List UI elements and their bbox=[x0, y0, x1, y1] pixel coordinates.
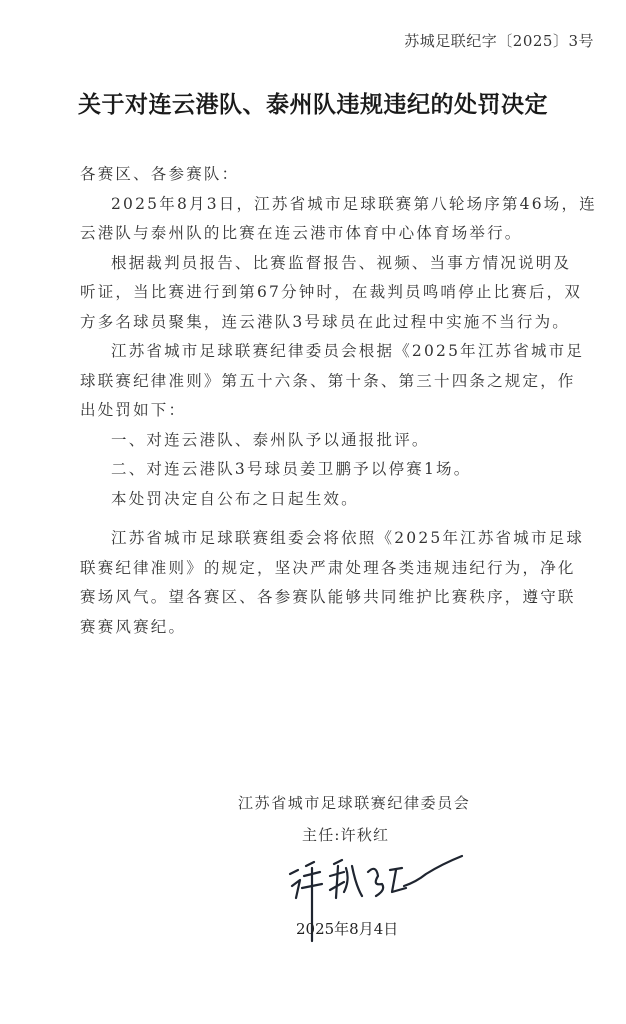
paragraph-line: 联赛纪律准则》的规定，坚决严肃处理各类违规违纪行为，净化 bbox=[80, 554, 550, 584]
paragraph-line: 二、对连云港队3号球员姜卫鹏予以停赛1场。 bbox=[80, 455, 550, 485]
paragraph-line: 球联赛纪律准则》第五十六条、第十条、第三十四条之规定，作 bbox=[80, 367, 550, 397]
doc-number: 苏城足联纪字〔2025〕3号 bbox=[404, 30, 594, 51]
paragraph-line: 2025年8月3日，江苏省城市足球联赛第八轮场序第46场，连 bbox=[80, 190, 550, 220]
signature-committee: 江苏省城市足球联赛纪律委员会 bbox=[238, 792, 470, 813]
document-body: 各赛区、各参赛队：2025年8月3日，江苏省城市足球联赛第八轮场序第46场，连云… bbox=[80, 160, 550, 642]
paragraph-line: 赛场风气。望各赛区、各参赛队能够共同维护比赛秩序，遵守联 bbox=[80, 583, 550, 613]
paragraph-line: 根据裁判员报告、比赛监督报告、视频、当事方情况说明及 bbox=[80, 249, 550, 279]
signature-date: 2025年8月4日 bbox=[296, 918, 398, 939]
paragraph-line: 云港队与泰州队的比赛在连云港市体育中心体育场举行。 bbox=[80, 219, 550, 249]
paragraph-line: 各赛区、各参赛队： bbox=[80, 160, 550, 190]
paragraph-line: 出处罚如下： bbox=[80, 396, 550, 426]
paragraph-line: 江苏省城市足球联赛纪律委员会根据《2025年江苏省城市足 bbox=[80, 337, 550, 367]
paragraph-line: 本处罚决定自公布之日起生效。 bbox=[80, 485, 550, 515]
document-title: 关于对连云港队、泰州队违规违纪的处罚决定 bbox=[0, 86, 626, 119]
paragraph-line: 一、对连云港队、泰州队予以通报批评。 bbox=[80, 426, 550, 456]
paragraph-line: 方多名球员聚集，连云港队3号球员在此过程中实施不当行为。 bbox=[80, 308, 550, 338]
paragraph-line: 赛赛风赛纪。 bbox=[80, 613, 550, 643]
paragraph-line: 江苏省城市足球联赛组委会将依照《2025年江苏省城市足球 bbox=[80, 524, 550, 554]
signature-chair: 主任:许秋红 bbox=[302, 824, 389, 845]
paragraph-line: 听证，当比赛进行到第67分钟时，在裁判员鸣哨停止比赛后，双 bbox=[80, 278, 550, 308]
